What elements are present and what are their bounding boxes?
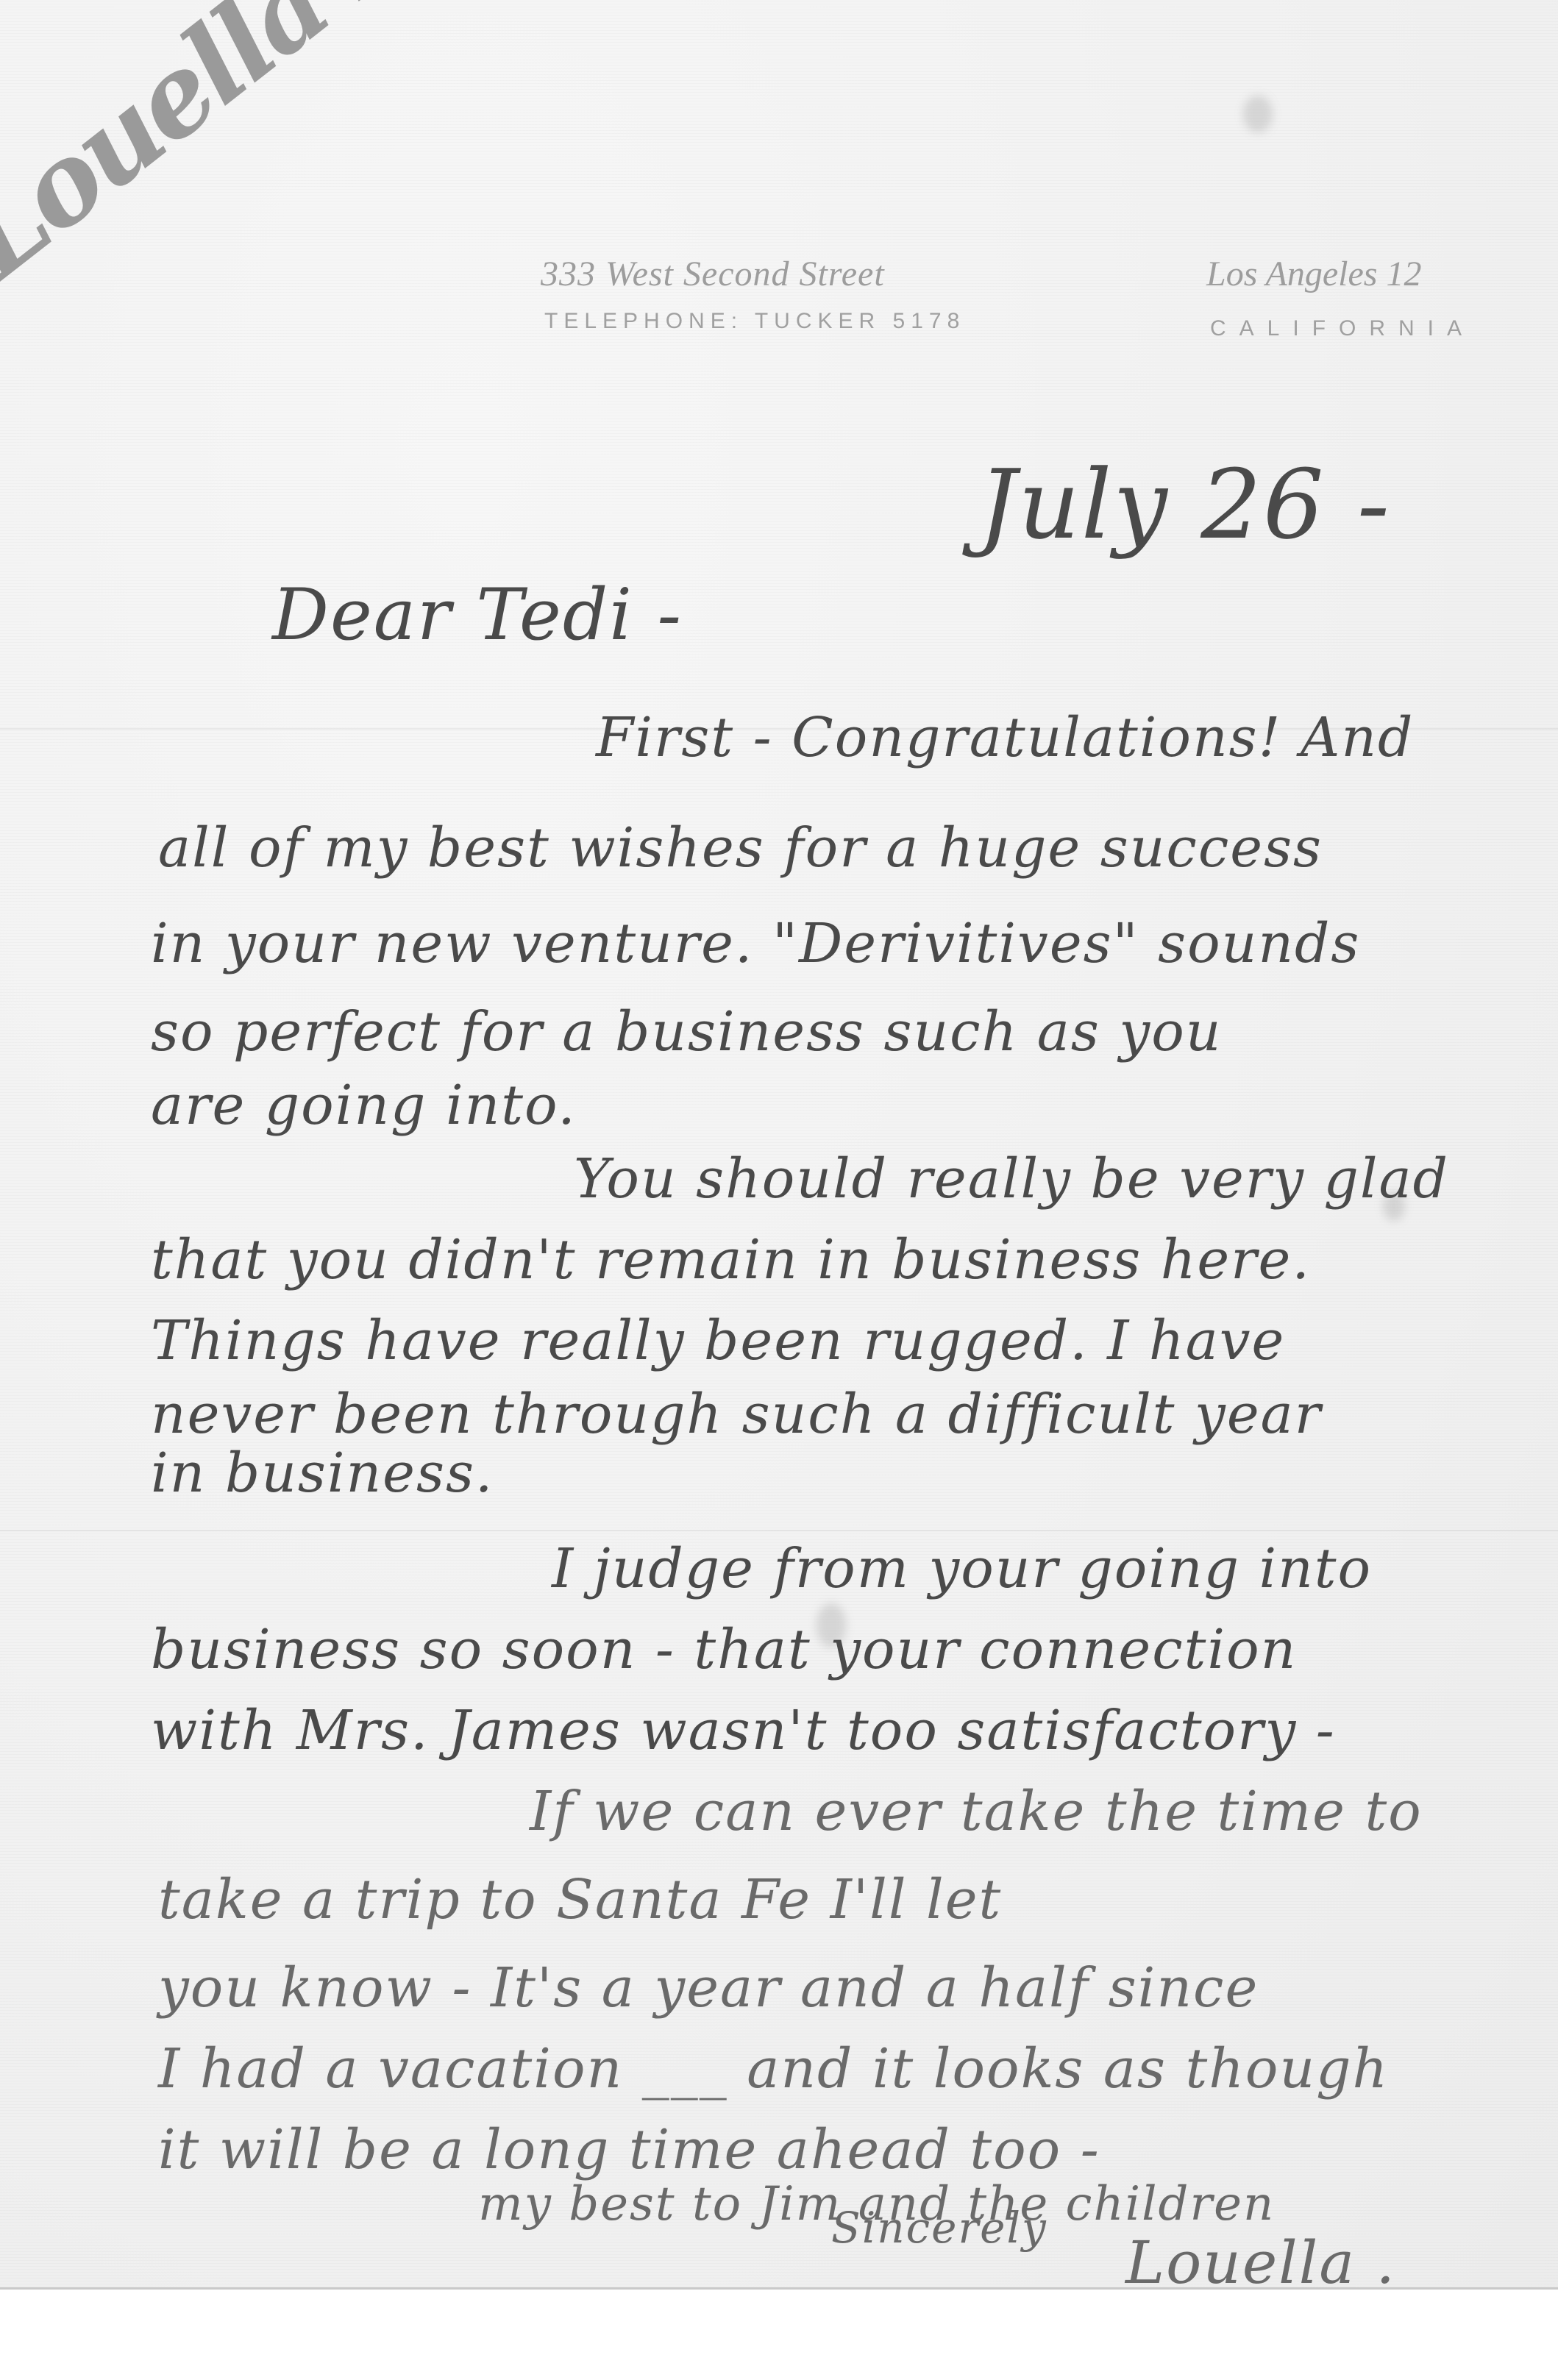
letter-line: You should really be very glad: [574, 1147, 1449, 1211]
letter-date: July 26 -: [978, 449, 1391, 560]
letter-line: never been through such a difficult year: [151, 1383, 1322, 1446]
letter-line: Things have really been rugged. I have: [151, 1309, 1285, 1372]
letter-line: If we can ever take the time to: [530, 1780, 1423, 1843]
letter-line: take a trip to Santa Fe I'll let: [158, 1868, 1002, 1931]
paper-fold-line: [0, 1530, 1558, 1531]
letter-line: so perfect for a business such as you: [151, 1000, 1222, 1063]
letterhead-logo-script: Louella Ballerino: [0, 0, 488, 376]
letter-line: business so soon - that your connection: [151, 1618, 1297, 1681]
letter-line: I judge from your going into: [552, 1537, 1372, 1600]
letter-signature: Louella .: [1125, 2228, 1396, 2297]
letter-line: I had a vacation ___ and it looks as tho…: [158, 2037, 1389, 2101]
letter-line: are going into.: [151, 1074, 577, 1137]
letter-line: you know - It's a year and a half since: [158, 1956, 1259, 2020]
letter-paper: Louella Ballerino 333 West Second Street…: [0, 0, 1558, 2290]
letter-line: all of my best wishes for a huge success: [158, 816, 1323, 880]
letter-line: First - Congratulations! And: [596, 706, 1414, 769]
letter-line: that you didn't remain in business here.: [151, 1228, 1311, 1291]
letter-closing: Sincerely: [831, 2203, 1047, 2253]
letterhead-address: 333 West Second Street: [541, 254, 885, 294]
letter-line: in your new venture. "Derivitives" sound…: [151, 912, 1360, 975]
letter-line: in business.: [151, 1442, 494, 1505]
letterhead-state: CALIFORNIA: [1210, 316, 1475, 341]
letter-line: with Mrs. James wasn't too satisfactory …: [151, 1699, 1336, 1762]
letter-salutation: Dear Tedi -: [272, 574, 683, 656]
letter-line: it will be a long time ahead too -: [158, 2118, 1100, 2181]
letterhead-telephone: TELEPHONE: TUCKER 5178: [544, 309, 965, 334]
letterhead-city: Los Angeles 12: [1206, 254, 1421, 294]
paper-smudge: [1243, 96, 1273, 132]
